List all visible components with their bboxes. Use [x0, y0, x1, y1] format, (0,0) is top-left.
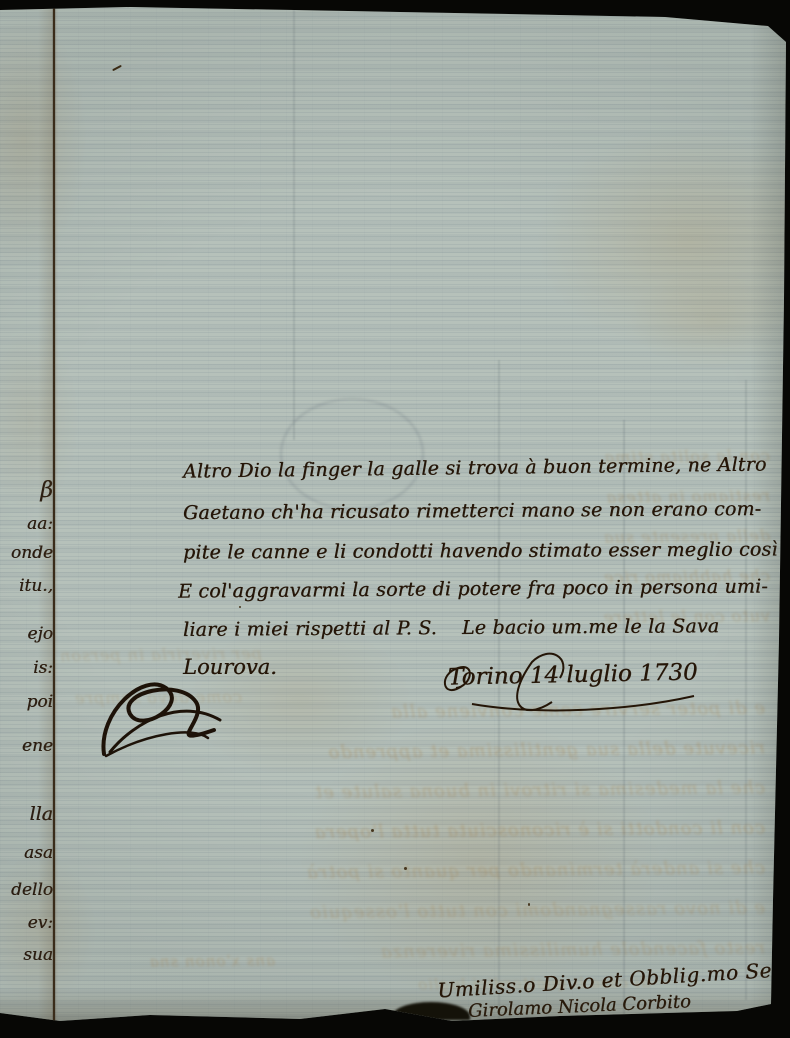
letter-body-line: Gaetano ch'ha ricusato rimetterci mano s…	[183, 498, 761, 524]
ink-speck	[239, 606, 241, 608]
page-edge-shadow	[0, 988, 790, 1022]
signature-paraph-flourish	[96, 668, 231, 760]
letter-body-line: pite le canne e li condotti havendo stim…	[183, 538, 778, 563]
date-flourish	[432, 652, 722, 722]
watermark-circle	[280, 398, 424, 510]
vertical-crease	[293, 10, 295, 440]
page-edge-shadow	[750, 20, 790, 1020]
bleed-through-text: ans x'onon sna	[150, 951, 275, 970]
fold-gutter-shading	[38, 0, 72, 1038]
letter-body-line: liare i miei rispetti al P. S. Le bacio …	[183, 615, 719, 641]
fold-gutter-line	[53, 6, 55, 1032]
ink-speck	[528, 903, 530, 906]
scanned-letter-page: con la solita stima restiamo in attesa d…	[0, 0, 790, 1038]
ink-speck	[371, 829, 374, 832]
ink-speck	[404, 867, 407, 870]
paper-sheet: con la solita stima restiamo in attesa d…	[0, 0, 790, 1038]
